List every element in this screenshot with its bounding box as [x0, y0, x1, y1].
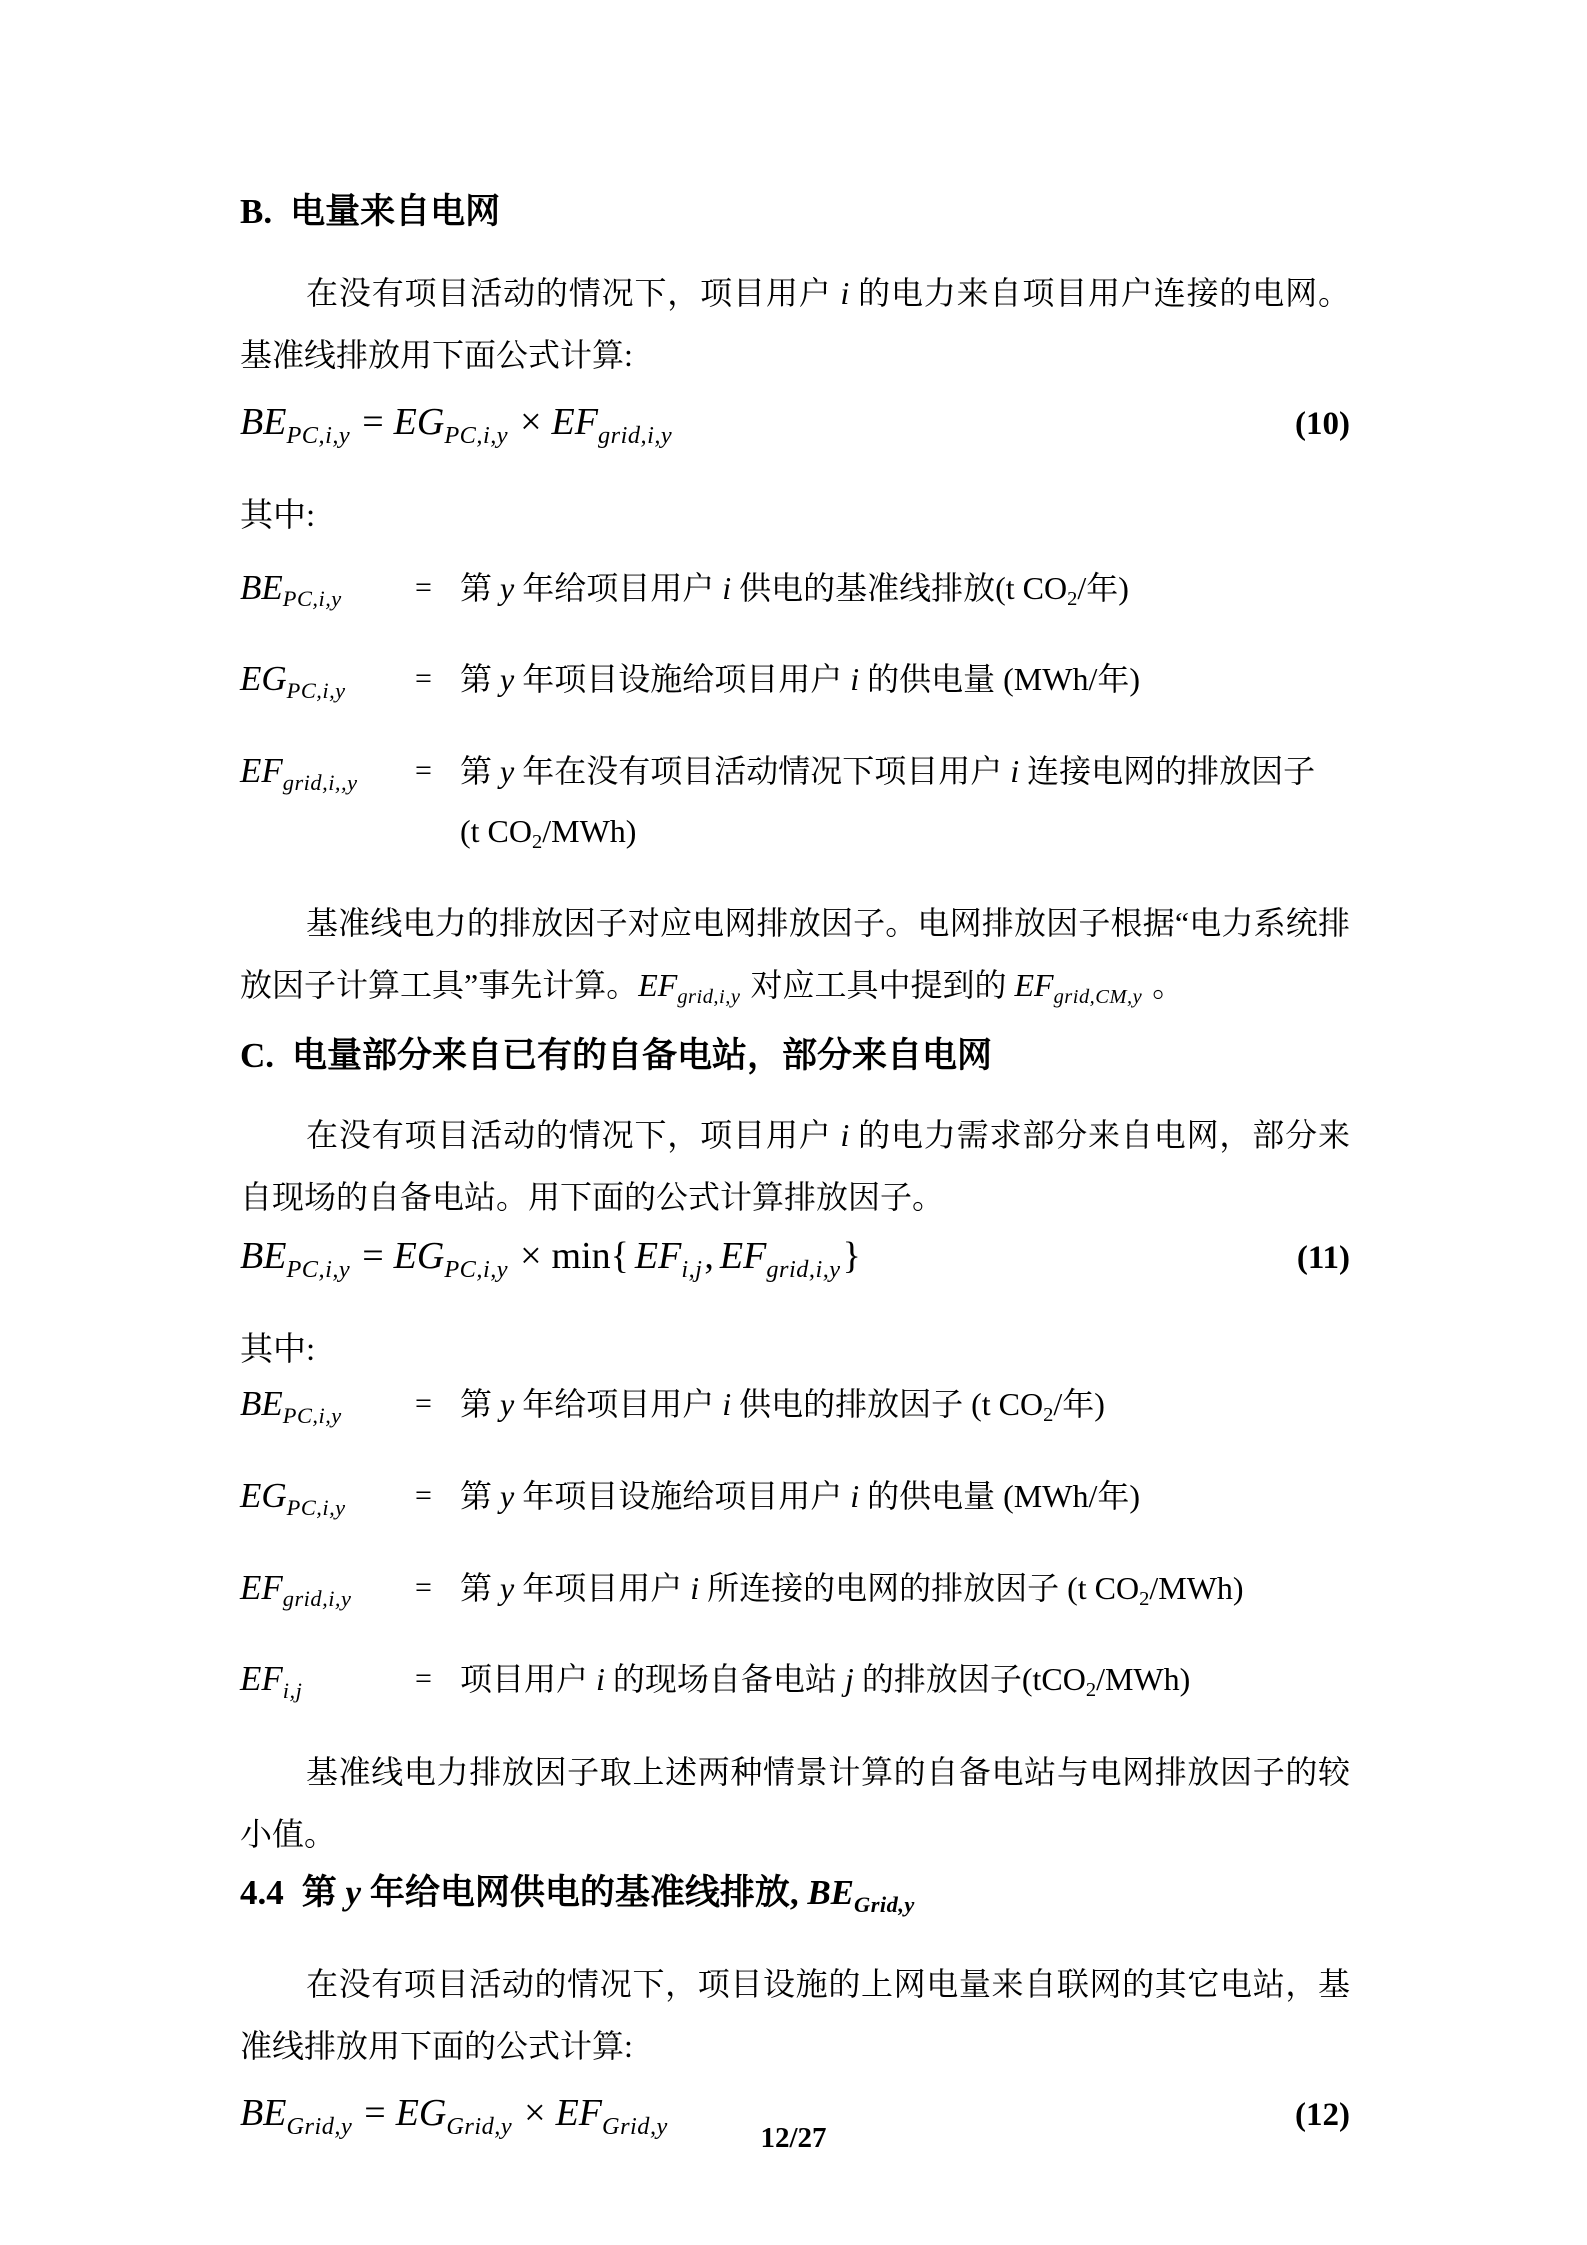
text-segment: PC,i,y — [283, 1403, 342, 1428]
section-c-title: 电量部分来自已有的自备电站，部分来自电网 — [292, 1036, 992, 1075]
text-segment: 第 — [460, 1478, 500, 1514]
text-segment: y — [500, 753, 514, 789]
text-segment: y — [346, 1873, 362, 1912]
text-segment: EG — [394, 401, 445, 443]
definition-description: 第 y 年给项目用户 i 供电的排放因子 (t CO2/年) — [460, 1374, 1350, 1446]
text-segment: i — [596, 1661, 605, 1697]
text-segment: /年) — [1053, 1386, 1105, 1422]
text-segment: 在没有项目活动的情况下，项目设施的上网电量来自联网的其它电站，基准线排放用下面的… — [240, 1966, 1350, 2064]
text-segment: PC,i,y — [283, 586, 342, 611]
text-segment: × — [520, 1235, 541, 1277]
equation-10-body: BEPC,i,y=EGPC,i,y×EFgrid,i,y — [240, 394, 674, 464]
definition-row: EFi,j = 项目用户 i 的现场自备电站 j 的排放因子(tCO2/MWh) — [240, 1649, 1350, 1721]
text-segment: y — [500, 1478, 514, 1514]
text-segment: grid,i,y — [598, 422, 672, 449]
definition-description: 第 y 年给项目用户 i 供电的基准线排放(t CO2/年) — [460, 558, 1350, 630]
text-segment: 第 — [302, 1873, 346, 1912]
paragraph-grid-ef-tool: 基准线电力的排放因子对应电网排放因子。电网排放因子根据“电力系统排放因子计算工具… — [240, 892, 1350, 1028]
equation-10: BEPC,i,y=EGPC,i,y×EFgrid,i,y (10) — [240, 394, 1350, 464]
paragraph-min-value: 基准线电力排放因子取上述两种情景计算的自备电站与电网排放因子的较小值。 — [240, 1741, 1350, 1865]
text-segment: y — [500, 570, 514, 606]
document-body: B.电量来自电网 在没有项目活动的情况下，项目用户 i 的电力来自项目用户连接的… — [240, 190, 1350, 2155]
text-segment: 的排放因子(tCO — [854, 1661, 1086, 1697]
text-segment: i — [840, 1117, 849, 1153]
definition-term: BEPC,i,y — [240, 558, 415, 630]
equation-10-number: (10) — [1295, 396, 1350, 452]
text-segment: 在没有项目活动的情况下，项目用户 — [306, 1117, 840, 1153]
text-segment: grid,i,y — [283, 1586, 352, 1611]
equation-11-body: BEPC,i,y=EGPC,i,y×min{EFi,j,EFgrid,i,y} — [240, 1228, 867, 1298]
text-segment: 对应工具中提到的 — [742, 967, 1014, 1003]
text-segment: 所连接的电网的排放因子 (t CO — [699, 1570, 1139, 1606]
paragraph-grid-baseline: 在没有项目活动的情况下，项目设施的上网电量来自联网的其它电站，基准线排放用下面的… — [240, 1953, 1350, 2077]
text-segment: EF — [240, 1568, 283, 1607]
text-segment: EF — [552, 401, 598, 443]
text-segment: 第 — [460, 661, 500, 697]
definition-equals-sign: = — [415, 558, 460, 630]
text-segment: BE — [807, 1873, 854, 1912]
text-segment: i — [690, 1570, 699, 1606]
text-segment: /MWh) — [1149, 1570, 1243, 1606]
definition-description: 第 y 年在没有项目活动情况下项目用户 i 连接电网的排放因子(t CO2/MW… — [460, 741, 1350, 872]
definition-row: EFgrid,i,,y = 第 y 年在没有项目活动情况下项目用户 i 连接电网… — [240, 741, 1350, 872]
text-segment: PC,i,y — [286, 1256, 350, 1283]
section-4-4-label: 4.4 — [240, 1873, 284, 1912]
text-segment: EF — [638, 967, 677, 1003]
section-heading-c: C.电量部分来自已有的自备电站，部分来自电网 — [240, 1034, 1350, 1078]
text-segment: × — [520, 401, 541, 443]
text-segment: y — [500, 1570, 514, 1606]
text-segment: grid,i,,y — [283, 770, 358, 795]
text-segment: 第 — [460, 1570, 500, 1606]
text-segment: 的现场自备电站 — [605, 1661, 845, 1697]
text-segment: 在没有项目活动的情况下，项目用户 — [306, 275, 840, 311]
text-segment: } — [843, 1235, 861, 1277]
text-segment: PC,i,y — [444, 422, 508, 449]
definition-equals-sign: = — [415, 1466, 460, 1538]
text-segment: /年) — [1077, 570, 1129, 606]
text-segment: 2 — [1086, 1680, 1096, 1702]
text-segment: grid,i,y — [677, 986, 740, 1008]
text-segment: EF — [1014, 967, 1053, 1003]
section-c-label: C. — [240, 1036, 274, 1075]
text-segment: 第 — [460, 1386, 500, 1422]
definition-row: BEPC,i,y = 第 y 年给项目用户 i 供电的基准线排放(t CO2/年… — [240, 558, 1350, 630]
paragraph-grid-power: 在没有项目活动的情况下，项目用户 i 的电力来自项目用户连接的电网。基准线排放用… — [240, 262, 1350, 386]
definition-term: BEPC,i,y — [240, 1374, 415, 1446]
text-segment: PC,i,y — [286, 422, 350, 449]
definition-term: EFi,j — [240, 1649, 415, 1721]
definition-equals-sign: = — [415, 741, 460, 872]
paragraph-partial-captive: 在没有项目活动的情况下，项目用户 i 的电力需求部分来自电网，部分来自现场的自备… — [240, 1104, 1350, 1228]
section-heading-4-4: 4.4第 y 年给电网供电的基准线排放, BEGrid,y — [240, 1871, 1350, 1927]
text-segment: EF — [635, 1235, 681, 1277]
definition-term: EGPC,i,y — [240, 1466, 415, 1538]
text-segment: (t CO — [460, 813, 532, 849]
text-segment: EF — [240, 1659, 283, 1698]
definition-row: EGPC,i,y = 第 y 年项目设施给项目用户 i 的供电量 (MWh/年) — [240, 1466, 1350, 1538]
definition-equals-sign: = — [415, 1374, 460, 1446]
text-segment: 连接电网的排放因子 — [1019, 753, 1315, 789]
definition-term: EGPC,i,y — [240, 649, 415, 721]
text-segment: EG — [240, 1476, 287, 1515]
text-segment: EG — [240, 659, 287, 698]
text-segment: 第 — [460, 570, 500, 606]
text-segment: BE — [240, 1235, 286, 1277]
text-segment: j — [845, 1661, 854, 1697]
text-segment: i — [850, 661, 859, 697]
text-segment: BE — [240, 401, 286, 443]
section-4-4-title: 第 y 年给电网供电的基准线排放, BEGrid,y — [302, 1873, 917, 1912]
text-segment: /MWh) — [1096, 1661, 1190, 1697]
where-label-2: 其中: — [240, 1328, 1350, 1372]
text-segment: 2 — [1139, 1588, 1149, 1610]
definition-term: EFgrid,i,y — [240, 1558, 415, 1630]
text-segment: 供电的基准线排放(t CO — [731, 570, 1067, 606]
text-segment: 的供电量 (MWh/年) — [859, 661, 1140, 697]
page-number: 12/27 — [0, 2122, 1587, 2155]
definition-description: 第 y 年项目设施给项目用户 i 的供电量 (MWh/年) — [460, 649, 1350, 721]
definitions-list-b: BEPC,i,y = 第 y 年给项目用户 i 供电的排放因子 (t CO2/年… — [240, 1374, 1350, 1721]
text-segment: EF — [720, 1235, 766, 1277]
definition-equals-sign: = — [415, 1558, 460, 1630]
section-b-label: B. — [240, 192, 272, 231]
text-segment: = — [362, 1235, 383, 1277]
text-segment: 年给项目用户 — [514, 570, 722, 606]
text-segment: 项目用户 — [460, 1661, 596, 1697]
section-b-title: 电量来自电网 — [290, 192, 500, 231]
definitions-list-a: BEPC,i,y = 第 y 年给项目用户 i 供电的基准线排放(t CO2/年… — [240, 558, 1350, 873]
text-segment: PC,i,y — [287, 678, 346, 703]
text-segment: PC,i,y — [287, 1495, 346, 1520]
text-segment: grid,CM,y — [1054, 986, 1143, 1008]
equation-11-number: (11) — [1297, 1230, 1350, 1286]
text-segment: i,j — [283, 1678, 303, 1703]
text-segment: 2 — [1067, 588, 1077, 610]
definition-term: EFgrid,i,,y — [240, 741, 415, 872]
text-segment: 基准线电力排放因子取上述两种情景计算的自备电站与电网排放因子的较小值。 — [240, 1754, 1350, 1852]
text-segment: 年在没有项目活动情况下项目用户 — [514, 753, 1010, 789]
text-segment: /MWh) — [542, 813, 636, 849]
text-segment: min{ — [552, 1235, 629, 1277]
text-segment: 年给项目用户 — [514, 1386, 722, 1422]
text-segment: 2 — [532, 831, 542, 853]
section-heading-b: B.电量来自电网 — [240, 190, 1350, 234]
text-segment: i — [850, 1478, 859, 1514]
text-segment: 2 — [1043, 1404, 1053, 1426]
definition-description: 项目用户 i 的现场自备电站 j 的排放因子(tCO2/MWh) — [460, 1649, 1350, 1721]
text-segment: 年项目用户 — [514, 1570, 690, 1606]
text-segment: , — [704, 1235, 714, 1277]
text-segment: = — [362, 401, 383, 443]
text-segment: 年项目设施给项目用户 — [514, 661, 850, 697]
text-segment: PC,i,y — [444, 1256, 508, 1283]
definition-description: 第 y 年项目用户 i 所连接的电网的排放因子 (t CO2/MWh) — [460, 1558, 1350, 1630]
text-segment: 供电的排放因子 (t CO — [731, 1386, 1043, 1422]
definition-equals-sign: = — [415, 649, 460, 721]
text-segment: Grid,y — [854, 1892, 915, 1917]
text-segment: i,j — [681, 1256, 702, 1283]
equation-11: BEPC,i,y=EGPC,i,y×min{EFi,j,EFgrid,i,y} … — [240, 1228, 1350, 1298]
definition-row: EFgrid,i,y = 第 y 年项目用户 i 所连接的电网的排放因子 (t … — [240, 1558, 1350, 1630]
where-label-1: 其中: — [240, 494, 1350, 538]
definition-row: BEPC,i,y = 第 y 年给项目用户 i 供电的排放因子 (t CO2/年… — [240, 1374, 1350, 1446]
text-segment: i — [722, 1386, 731, 1422]
text-segment: BE — [240, 568, 283, 607]
text-segment: BE — [240, 1384, 283, 1423]
text-segment: 年给电网供电的基准线排放, — [361, 1873, 807, 1912]
text-segment: EG — [394, 1235, 445, 1277]
text-segment: i — [840, 275, 849, 311]
definition-row: EGPC,i,y = 第 y 年项目设施给项目用户 i 的供电量 (MWh/年) — [240, 649, 1350, 721]
text-segment: 。 — [1144, 967, 1184, 1003]
text-segment: EF — [240, 751, 283, 790]
text-segment: 年项目设施给项目用户 — [514, 1478, 850, 1514]
definition-description: 第 y 年项目设施给项目用户 i 的供电量 (MWh/年) — [460, 1466, 1350, 1538]
text-segment: 第 — [460, 753, 500, 789]
text-segment: i — [1010, 753, 1019, 789]
definition-equals-sign: = — [415, 1649, 460, 1721]
text-segment: y — [500, 1386, 514, 1422]
text-segment: y — [500, 661, 514, 697]
text-segment: i — [722, 570, 731, 606]
text-segment: 的供电量 (MWh/年) — [859, 1478, 1140, 1514]
text-segment: grid,i,y — [766, 1256, 840, 1283]
